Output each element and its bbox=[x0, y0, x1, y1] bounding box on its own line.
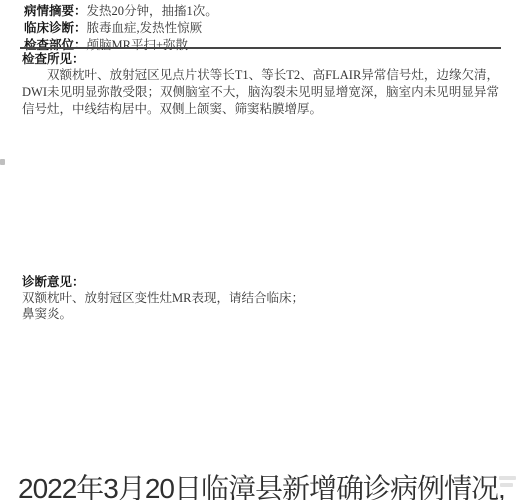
diagnosis-value: 脓毒血症,发热性惊厥 bbox=[87, 21, 203, 35]
summary-value: 发热20分钟，抽搐1次。 bbox=[87, 4, 218, 18]
opinion-line-1: 双额枕叶、放射冠区变性灶MR表现，请结合临床； bbox=[22, 290, 499, 306]
divider-line bbox=[20, 47, 501, 49]
opinion-line-2: 鼻窦炎。 bbox=[22, 306, 499, 322]
watermark-mark bbox=[500, 483, 513, 487]
summary-label: 病情摘要： bbox=[24, 4, 87, 18]
opinion-section: 诊断意见： 双额枕叶、放射冠区变性灶MR表现，请结合临床； 鼻窦炎。 bbox=[22, 274, 499, 322]
findings-label: 检查所见： bbox=[22, 52, 85, 66]
watermark-logo bbox=[497, 476, 519, 490]
exam-site-label: 检查部位： bbox=[24, 38, 87, 52]
findings-text: 双额枕叶、放射冠区见点片状等长T1、等长T2、高FLAIR异常信号灶，边缘欠清，… bbox=[22, 67, 499, 118]
watermark-mark bbox=[499, 476, 516, 480]
field-row-summary: 病情摘要：发热20分钟，抽搐1次。 bbox=[24, 3, 505, 20]
field-row-exam-site: 检查部位：颅脑MR平扫+弥散 bbox=[24, 37, 505, 54]
diagnosis-label: 临床诊断： bbox=[24, 21, 87, 35]
medical-report-page: 病情摘要：发热20分钟，抽搐1次。 临床诊断：脓毒血症,发热性惊厥 检查部位：颅… bbox=[0, 0, 519, 500]
scan-artifact bbox=[0, 159, 5, 165]
article-headline: 2022年3月20日临漳县新增确诊病例情况, bbox=[18, 470, 505, 500]
exam-site-value: 颅脑MR平扫+弥散 bbox=[87, 38, 189, 52]
field-row-diagnosis: 临床诊断：脓毒血症,发热性惊厥 bbox=[24, 20, 505, 37]
opinion-label: 诊断意见： bbox=[22, 274, 499, 290]
